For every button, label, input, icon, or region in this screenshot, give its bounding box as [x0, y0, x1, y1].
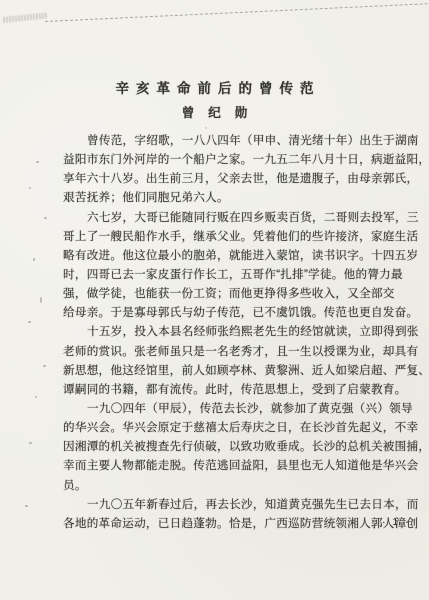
body-line: 略有改进。他这位最小的胞弟，就能进入蒙馆，读书识字。十四五岁 — [63, 246, 408, 265]
corner-watermark-smudge — [3, 12, 47, 23]
scan-speck — [40, 297, 42, 303]
scan-speck — [44, 217, 48, 220]
body-line: 时，四哥已去一家皮蛋行作长工，五哥作“扎排”学徒。他的膂力最 — [63, 265, 408, 284]
scan-speck — [205, 127, 207, 129]
scan-speck — [43, 365, 46, 368]
body-line: 哥上了一艘民船作水手，继承父业。凭着他们的些许接济，家庭生活 — [63, 227, 408, 246]
body-line: 给母亲。于是寡母郭氏与幼子传范，已不虞饥饿。传范也更自发奋。 — [63, 303, 408, 322]
page-number: · 1 · — [382, 516, 426, 528]
body-line: 幸而主要人物都能走脱。传范逃回益阳，县里也无人知道他是华兴会 — [63, 456, 408, 475]
scan-speck — [33, 258, 35, 261]
body-line: 艰苦抚养；他们同胞兄弟六人。 — [63, 188, 408, 207]
scan-speck — [28, 321, 31, 323]
body-line: 一九〇四年（甲辰），传范去长沙，就参加了黄克强（兴）领导 — [63, 399, 408, 418]
body-line: 益阳市东门外河岸的一个船户之家。一九五二年八月十日，病逝益阳， — [63, 150, 408, 169]
body-line: 享年六十八岁。出生前三月，父亲去世，他是遗腹子，由母亲郭氏， — [63, 169, 408, 188]
body-line: 老师的赏识。张老师虽只是一名老秀才，且一生以授课为业，却具有 — [63, 342, 408, 361]
body-line: 因湘潭的机关被搜查先行侦破，以致功败垂成。长沙的总机关被围捕， — [63, 437, 408, 456]
scanned-document-page: 辛亥革命前后的曾传范 曾纪勋 曾传范，字绍歌，一八八四年（甲申、清光绪十年）出生… — [0, 0, 429, 600]
scan-speck — [36, 161, 39, 163]
body-line: 谭嗣同的书籍，都有流传。此时，传范思想上，受到了启蒙教育。 — [63, 380, 408, 399]
body-line: 曾传范，字绍歌，一八八四年（甲申、清光绪十年）出生于湖南 — [63, 131, 408, 150]
body-line: 各地的革命运动，已日趋蓬勃。恰是，广西巡防营统领湘人郭人漳创 — [63, 514, 408, 533]
scan-speck — [29, 187, 31, 189]
body-line: 强，做学徒，也能获一份工资；而他更挣得多些收入，又全部交 — [63, 284, 408, 303]
scan-speck — [29, 442, 32, 444]
torn-page-edge-dashed-line — [45, 3, 429, 22]
document-body: 曾传范，字绍歌，一八八四年（甲申、清光绪十年）出生于湖南 益阳市东门外河岸的一个… — [63, 131, 408, 533]
body-line: 的华兴会。华兴会原定于慈禧太后寿庆之日，在长沙首先起义，不幸 — [63, 418, 408, 437]
body-line: 员。 — [63, 476, 408, 495]
body-line: 一九〇五年新春过后，再去长沙，知道黄克强先生已去日本，而 — [63, 495, 408, 514]
body-line: 六七岁，大哥已能随同行贩在四乡贩卖百货，二哥则去投军，三 — [63, 208, 408, 227]
document-author: 曾纪勋 — [0, 103, 429, 121]
scan-speck — [25, 505, 28, 507]
scan-speck — [35, 396, 37, 398]
body-line: 十五岁，投入本县名经师张绉熙老先生的经馆就读，立即得到张 — [63, 322, 408, 341]
document-title: 辛亥革命前后的曾传范 — [0, 77, 429, 97]
body-line: 新思想，他这经馆里，前人如顾亭林、黄黎洲、近人如梁启超、严复、 — [63, 361, 408, 380]
